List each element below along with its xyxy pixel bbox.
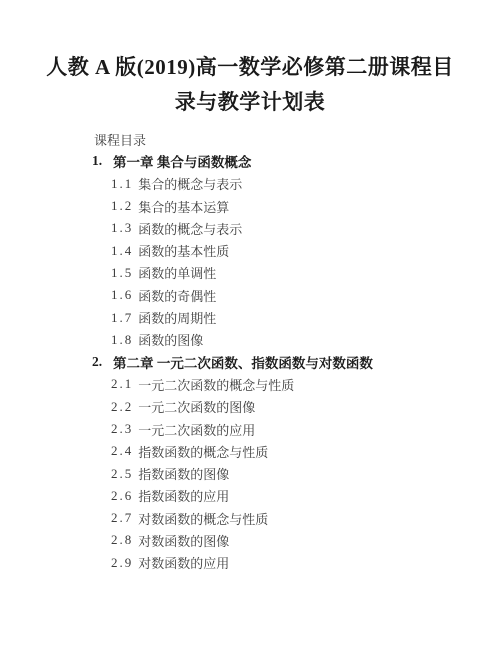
toc-item-2-2-number: 2.2	[111, 399, 133, 415]
toc-item-1-2-text: 集合的基本运算	[138, 197, 229, 216]
document-title: 人教 A 版(2019)高一数学必修第二册课程目 录与教学计划表	[0, 50, 500, 120]
toc-item-2-7-number: 2.7	[111, 510, 133, 526]
toc-item-1-4-text: 函数的基本性质	[138, 241, 229, 260]
toc-item-1-5-number: 1.5	[111, 265, 133, 281]
toc-item-1-1: 1.1 集合的概念与表示	[92, 173, 470, 195]
toc-item-2-3-number: 2.3	[111, 421, 133, 437]
toc-item-1-1-text: 集合的概念与表示	[138, 174, 242, 193]
chapter-1-title: 第一章 集合与函数概念	[113, 151, 251, 171]
toc-item-1-3-text: 函数的概念与表示	[138, 219, 242, 238]
toc-item-1-8-number: 1.8	[111, 332, 133, 348]
toc-item-2-6: 2.6 指数函数的应用	[92, 485, 470, 507]
toc-item-1-4-number: 1.4	[111, 243, 133, 259]
toc-item-1-3: 1.3 函数的概念与表示	[92, 217, 470, 239]
toc-item-1-7: 1.7 函数的周期性	[92, 306, 470, 328]
toc-item-1-7-number: 1.7	[111, 310, 133, 326]
toc-item-2-5-text: 指数函数的图像	[138, 464, 229, 483]
toc-item-1-6: 1.6 函数的奇偶性	[92, 284, 470, 306]
toc-item-2-9-text: 对数函数的应用	[138, 553, 229, 572]
course-toc: 课程目录 1. 第一章 集合与函数概念 1.1 集合的概念与表示 1.2 集合的…	[92, 128, 470, 574]
chapter-2-title: 第二章 一元二次函数、指数函数与对数函数	[113, 352, 373, 372]
toc-item-2-1-text: 一元二次函数的概念与性质	[138, 375, 294, 394]
toc-item-1-3-number: 1.3	[111, 220, 133, 236]
toc-item-2-2-text: 一元二次函数的图像	[138, 397, 255, 416]
chapter-2-number: 2.	[92, 354, 113, 370]
toc-item-2-3-text: 一元二次函数的应用	[138, 420, 255, 439]
document-title-line2: 录与教学计划表	[0, 85, 500, 120]
toc-item-2-8-text: 对数函数的图像	[138, 531, 229, 550]
toc-item-2-5-number: 2.5	[111, 466, 133, 482]
toc-item-2-1: 2.1 一元二次函数的概念与性质	[92, 373, 470, 395]
toc-item-2-6-number: 2.6	[111, 488, 133, 504]
toc-item-2-9-number: 2.9	[111, 555, 133, 571]
toc-item-1-5: 1.5 函数的单调性	[92, 262, 470, 284]
toc-item-2-5: 2.5 指数函数的图像	[92, 462, 470, 484]
toc-item-2-3: 2.3 一元二次函数的应用	[92, 418, 470, 440]
toc-item-1-8: 1.8 函数的图像	[92, 329, 470, 351]
toc-item-2-7: 2.7 对数函数的概念与性质	[92, 507, 470, 529]
toc-item-2-1-number: 2.1	[111, 376, 133, 392]
toc-item-2-9: 2.9 对数函数的应用	[92, 552, 470, 574]
chapter-1-heading: 1. 第一章 集合与函数概念	[92, 150, 470, 172]
toc-item-1-6-text: 函数的奇偶性	[138, 286, 216, 305]
toc-item-1-5-text: 函数的单调性	[138, 263, 216, 282]
chapter-2-heading: 2. 第二章 一元二次函数、指数函数与对数函数	[92, 351, 470, 373]
toc-item-2-6-text: 指数函数的应用	[138, 486, 229, 505]
toc-item-2-8-number: 2.8	[111, 532, 133, 548]
chapter-1-number: 1.	[92, 153, 113, 169]
toc-item-1-6-number: 1.6	[111, 287, 133, 303]
toc-item-1-7-text: 函数的周期性	[138, 308, 216, 327]
toc-item-2-7-text: 对数函数的概念与性质	[138, 509, 268, 528]
toc-item-2-4-number: 2.4	[111, 443, 133, 459]
toc-item-2-8: 2.8 对数函数的图像	[92, 529, 470, 551]
toc-item-1-2: 1.2 集合的基本运算	[92, 195, 470, 217]
toc-item-1-2-number: 1.2	[111, 198, 133, 214]
document-title-line1: 人教 A 版(2019)高一数学必修第二册课程目	[0, 50, 500, 85]
toc-item-2-4: 2.4 指数函数的概念与性质	[92, 440, 470, 462]
toc-item-1-1-number: 1.1	[111, 176, 133, 192]
toc-item-1-8-text: 函数的图像	[138, 330, 203, 349]
document-page: 人教 A 版(2019)高一数学必修第二册课程目 录与教学计划表 课程目录 1.…	[0, 0, 500, 647]
toc-item-1-4: 1.4 函数的基本性质	[92, 239, 470, 261]
toc-heading: 课程目录	[92, 128, 470, 150]
toc-item-2-4-text: 指数函数的概念与性质	[138, 442, 268, 461]
toc-item-2-2: 2.2 一元二次函数的图像	[92, 396, 470, 418]
